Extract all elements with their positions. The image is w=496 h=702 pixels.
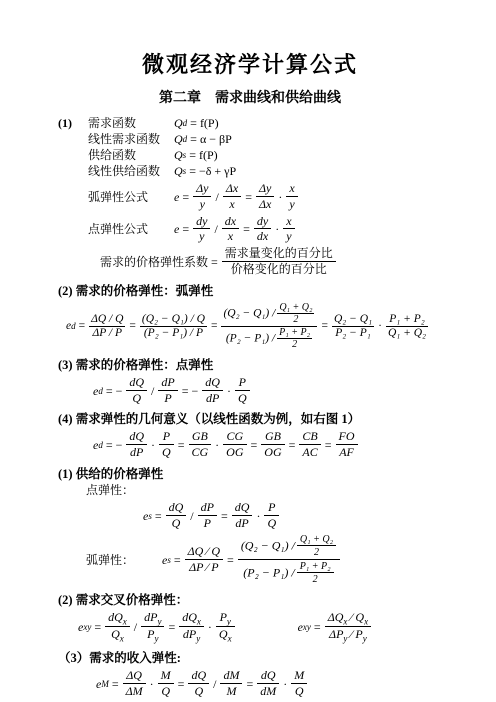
row-supply-point-elasticity-formula: es = dQQ / dPP = dQdP · PQ	[143, 501, 460, 531]
denominator: 价格变化的百分比	[222, 261, 336, 277]
formula: eM = ΔQΔM · MQ = dQQ / dMM = dQdM · MQ	[96, 669, 308, 699]
multiply-dot: ·	[227, 383, 231, 399]
fraction: Δxx	[223, 182, 241, 212]
fraction: ΔQ / QΔP / P	[89, 313, 125, 340]
section-number: (1)	[58, 115, 88, 131]
superscript: s	[183, 163, 187, 179]
fraction: dQdP	[126, 430, 147, 460]
divide-slash: /	[214, 221, 217, 237]
equals-minus: = −	[182, 383, 199, 399]
equals-sign: =	[168, 619, 175, 635]
subscript: y	[157, 616, 161, 626]
fraction: dPP	[158, 376, 177, 406]
equals-sign: =	[211, 254, 218, 270]
fraction: dxx	[222, 215, 239, 245]
equals-sign: =	[174, 552, 181, 568]
equals-sign: =	[79, 318, 86, 334]
numerator: P₁ + P₂	[386, 313, 428, 326]
denominator: ΔM	[123, 683, 146, 699]
equals-sign: =	[227, 552, 234, 568]
denominator: dP	[126, 444, 147, 460]
subscript: y	[154, 634, 158, 644]
fraction: dQQ	[166, 501, 187, 531]
numerator: dQ	[166, 501, 187, 515]
variable: dP	[144, 610, 157, 624]
denominator: M	[220, 683, 242, 699]
formula-rhs: = −δ + γP	[189, 163, 236, 179]
numerator: dQx	[179, 611, 204, 627]
equals-sign: =	[182, 221, 189, 237]
numerator: GB	[261, 430, 284, 444]
row-linear-demand-function: 线性需求函数 Qd= α − βP	[58, 131, 460, 147]
formula-rhs: = f(P)	[190, 115, 218, 131]
fraction: CGOG	[223, 430, 246, 460]
fraction: 需求量变化的百分比价格变化的百分比	[222, 247, 336, 277]
equals-minus: = −	[106, 383, 123, 399]
fraction: PyQx	[216, 611, 235, 644]
subscript: d	[71, 318, 76, 334]
subscript: x	[364, 616, 368, 626]
denominator: (P₂ − P₁) /P₁ + P₂2	[238, 559, 340, 586]
denominator: dP	[232, 515, 253, 531]
numerator: Δy	[256, 182, 274, 196]
multiply-dot: ·	[378, 318, 382, 334]
row-point-elasticity-formula: 点弹性公式 e = dyy / dxx = dydx · xy	[58, 215, 460, 245]
fraction: FOAF	[336, 430, 358, 460]
divide-slash: /	[215, 189, 218, 205]
denominator: dx	[254, 228, 271, 244]
fraction: dQxdPy	[179, 611, 204, 644]
denominator: Q	[166, 515, 187, 531]
denominator: Δx	[256, 196, 274, 212]
variable: dQ	[108, 610, 123, 624]
numerator: (Q₂ − Q₁) /Q₁ + Q₂2	[221, 302, 317, 326]
fraction: ΔQ ⁄ QΔP ⁄ P	[185, 545, 223, 575]
formula: Qs= −δ + γP	[174, 163, 239, 179]
subscript: x	[228, 634, 232, 644]
subscript: xy	[303, 619, 311, 635]
numerator: dy	[254, 215, 271, 229]
formula: exy = dQxQx / dPyPy = dQxdPy · PyQx	[78, 611, 236, 644]
variable-q: Q	[174, 147, 183, 163]
denominator: y	[286, 196, 297, 212]
subscript: d	[98, 383, 103, 399]
equals-sign: =	[314, 619, 321, 635]
point-elasticity-label: 点弹性：	[86, 482, 134, 498]
formula: ed = − dQdP · PQ = GBCG · CGOG = GBOG = …	[93, 430, 359, 460]
fraction: Q₂ − Q₁P₂ − P₁	[332, 313, 374, 340]
numerator: dQ	[232, 501, 253, 515]
variable: ΔP	[329, 627, 343, 641]
superscript: d	[183, 131, 188, 147]
subscript: s	[148, 508, 152, 524]
equals-sign: =	[178, 676, 185, 692]
numerator: M	[291, 669, 307, 683]
row-income-elasticity-formula: eM = ΔQΔM · MQ = dQQ / dMM = dQdM · MQ	[96, 669, 460, 699]
numerator-text: (Q₂ − Q₁) /	[223, 307, 275, 319]
numerator: FO	[336, 430, 358, 444]
nested-fraction: P₁ + P₂2	[297, 561, 334, 586]
fraction: PQ	[264, 501, 279, 531]
row-label: 弧弹性公式	[88, 189, 174, 205]
fraction: dPyPy	[141, 611, 164, 644]
doc-title: 微观经济学计算公式	[40, 48, 460, 79]
denominator: Qx	[216, 626, 235, 644]
fraction: PQ	[159, 430, 174, 460]
row-linear-supply-function: 线性供给函数 Qs= −δ + γP	[58, 163, 460, 179]
denominator: y	[193, 196, 211, 212]
fraction: (Q₂ − Q₁) / Q(P₂ − P₁) / P	[140, 313, 207, 340]
denominator: 2	[277, 338, 312, 351]
section-heading-geometric-meaning: (4) 需求弹性的几何意义（以线性函数为例，如右图 1）	[58, 411, 460, 427]
equals-sign: =	[289, 437, 296, 453]
numerator: Δy	[193, 182, 211, 196]
row-geometric-meaning-formula: ed = − dQdP · PQ = GBCG · CGOG = GBOG = …	[93, 430, 460, 460]
fraction: dQQ	[188, 669, 209, 699]
row-demand-point-elasticity-formula: ed = − dQQ / dPP = − dQdP · PQ	[93, 376, 460, 406]
numerator: x	[286, 182, 297, 196]
fraction: (Q₂ − Q₁) /Q₁ + Q₂2 (P₂ − P₁) /P₁ + P₂2	[238, 534, 340, 586]
fraction: xy	[286, 182, 297, 212]
subscript: M	[101, 676, 109, 692]
section-heading-demand-arc-elasticity: (2) 需求的价格弹性：弧弹性	[58, 283, 460, 299]
denominator: Q	[159, 444, 174, 460]
equals-sign: =	[321, 318, 328, 334]
denominator: (P₂ − P₁) / P	[140, 326, 207, 340]
denominator: dPy	[179, 626, 204, 644]
equals-sign: =	[251, 437, 258, 453]
row-label: 线性需求函数	[88, 131, 174, 147]
variable: Q	[219, 627, 228, 641]
denominator: y	[283, 228, 294, 244]
subscript: s	[167, 552, 171, 568]
numerator: dQ	[188, 669, 209, 683]
fraction: dQdP	[202, 376, 223, 406]
row-point-elasticity-label: 点弹性：	[86, 482, 460, 498]
formula: es = dQQ / dPP = dQdP · PQ	[143, 501, 280, 531]
formula: es = ΔQ ⁄ QΔP ⁄ P = (Q₂ − Q₁) /Q₁ + Q₂2 …	[162, 534, 341, 586]
divide-slash: /	[190, 508, 193, 524]
equals-sign: =	[325, 437, 332, 453]
denominator: ΔPy ⁄ Py	[325, 626, 371, 644]
formula: e = Δyy / Δxx = ΔyΔx · xy	[174, 182, 299, 212]
numerator: dP	[158, 376, 177, 390]
equals-sign: =	[129, 318, 136, 334]
fraction: dQxQx	[105, 611, 130, 644]
variable-q: Q	[174, 131, 183, 147]
fraction: dPP	[198, 501, 217, 531]
numerator: 需求量变化的百分比	[222, 247, 336, 261]
fraction: dQdM	[257, 669, 279, 699]
fraction: xy	[283, 215, 294, 245]
row-label: 线性供给函数	[88, 163, 174, 179]
denominator: dP	[202, 390, 223, 406]
numerator: M	[158, 669, 174, 683]
superscript: d	[183, 115, 188, 131]
fraction: Δyy	[193, 182, 211, 212]
numerator: Q₁ + Q₂	[277, 302, 314, 314]
subscript: xy	[83, 619, 91, 635]
numerator: ΔQx ⁄ Qx	[325, 611, 371, 627]
arc-elasticity-label: 弧弹性：	[86, 552, 134, 568]
fraction: dydx	[254, 215, 271, 245]
variable: ⁄ Q	[347, 610, 364, 624]
numerator: ΔQ	[123, 669, 146, 683]
equals-sign: =	[246, 676, 253, 692]
numerator: ΔQ ⁄ Q	[185, 545, 223, 559]
equals-sign: =	[112, 676, 119, 692]
numerator: dx	[222, 215, 239, 229]
equals-sign: =	[243, 221, 250, 237]
section-heading-supply-elasticity: (1) 供给的价格弹性	[58, 466, 460, 482]
denominator: 2	[297, 545, 336, 559]
numerator: P	[264, 501, 279, 515]
numerator: ΔQ / Q	[89, 313, 125, 326]
denominator: P	[198, 515, 217, 531]
divide-slash: /	[151, 383, 154, 399]
fraction: dyy	[193, 215, 210, 245]
numerator: GB	[189, 430, 212, 444]
multiply-dot: ·	[208, 619, 212, 635]
formula: ed = ΔQ / QΔP / P = (Q₂ − Q₁) / Q(P₂ − P…	[66, 302, 429, 351]
subscript: y	[196, 634, 200, 644]
fraction: GBOG	[261, 430, 284, 460]
numerator: dM	[220, 669, 242, 683]
subscript: y	[227, 616, 231, 626]
numerator: (Q₂ − Q₁) /Q₁ + Q₂2	[238, 534, 340, 559]
denominator: Qx	[105, 626, 130, 644]
fraction: CBAC	[299, 430, 320, 460]
denominator: (P₂ − P₁) /P₁ + P₂2	[221, 326, 317, 351]
document-page: 微观经济学计算公式 第二章 需求曲线和供给曲线 (1) 需求函数 Qd= f(P…	[0, 0, 496, 702]
numerator-text: (Q₂ − Q₁) /	[241, 538, 295, 552]
numerator: dQ	[202, 376, 223, 390]
row-demand-function: (1) 需求函数 Qd= f(P)	[58, 115, 460, 131]
row-arc-elasticity-formula: 弧弹性公式 e = Δyy / Δxx = ΔyΔx · xy	[58, 182, 460, 212]
formula: 需求的价格弹性系数 = 需求量变化的百分比价格变化的百分比	[100, 247, 337, 277]
numerator: CG	[223, 430, 246, 444]
denominator: Q	[291, 683, 307, 699]
numerator: P₁ + P₂	[277, 327, 312, 339]
denominator: 2	[297, 572, 334, 586]
fraction: (Q₂ − Q₁) /Q₁ + Q₂2 (P₂ − P₁) /P₁ + P₂2	[221, 302, 317, 351]
numerator: dQ	[126, 430, 147, 444]
variable: dP	[183, 627, 196, 641]
variable-q: Q	[174, 115, 183, 131]
fraction: MQ	[158, 669, 174, 699]
numerator: dQx	[105, 611, 130, 627]
row-label: 需求函数	[88, 115, 174, 131]
subscript: x	[120, 634, 124, 644]
variable-q: Q	[174, 163, 183, 179]
denominator: 2	[277, 313, 314, 326]
superscript: s	[183, 147, 187, 163]
multiply-dot: ·	[283, 676, 287, 692]
denominator: AF	[336, 444, 358, 460]
multiply-dot: ·	[278, 189, 282, 205]
denominator: OG	[261, 444, 284, 460]
denominator: Q	[158, 683, 174, 699]
numerator: dP	[198, 501, 217, 515]
denominator: OG	[223, 444, 246, 460]
denominator-text: (P₂ − P₁) /	[226, 332, 275, 344]
row-label: 供给函数	[88, 147, 174, 163]
subscript: x	[123, 616, 127, 626]
variable-e: e	[174, 221, 179, 237]
nested-fraction: Q₁ + Q₂2	[277, 302, 314, 326]
row-demand-arc-elasticity-formula: ed = ΔQ / QΔP / P = (Q₂ − Q₁) / Q(P₂ − P…	[66, 302, 460, 351]
section-heading-demand-point-elasticity: (3) 需求的价格弹性：点弹性	[58, 357, 460, 373]
denominator: Q	[264, 515, 279, 531]
nested-fraction: Q₁ + Q₂2	[297, 534, 336, 559]
equals-sign: =	[245, 189, 252, 205]
numerator: P₁ + P₂	[297, 561, 334, 573]
denominator: CG	[189, 444, 212, 460]
fraction: ΔyΔx	[256, 182, 274, 212]
row-label: 点弹性公式	[88, 221, 174, 237]
fraction: ΔQΔM	[123, 669, 146, 699]
denominator-text: (P₂ − P₁) /	[243, 565, 294, 579]
formula: Qd= α − βP	[174, 131, 235, 147]
denominator: AC	[299, 444, 320, 460]
equals-sign: =	[178, 437, 185, 453]
denominator: dM	[257, 683, 279, 699]
numerator: x	[283, 215, 294, 229]
formula: Qd= f(P)	[174, 115, 222, 131]
section-heading-income-elasticity: （3）需求的收入弹性:	[58, 650, 460, 666]
fraction: dQQ	[126, 376, 147, 406]
formula-arc-variant: exy = ΔQx ⁄ Qx ΔPy ⁄ Py	[298, 611, 373, 644]
denominator: ΔP / P	[89, 326, 125, 340]
row-cross-elasticity-formulas: exy = dQxQx / dPyPy = dQxdPy · PyQx exy …	[58, 611, 460, 644]
equals-sign: =	[155, 508, 162, 524]
equals-sign: =	[211, 318, 218, 334]
coefficient-label: 需求的价格弹性系数	[100, 254, 208, 270]
numerator: dQ	[126, 376, 147, 390]
fraction: ΔQx ⁄ Qx ΔPy ⁄ Py	[325, 611, 371, 644]
section-heading-cross-elasticity: (2) 需求交叉价格弹性：	[58, 592, 460, 608]
numerator: Δx	[223, 182, 241, 196]
chapter-heading: 第二章 需求曲线和供给曲线	[40, 87, 460, 107]
subscript: x	[197, 616, 201, 626]
numerator: P	[159, 430, 174, 444]
variable: Q	[111, 627, 120, 641]
row-supply-arc-elasticity-formula: 弧弹性： es = ΔQ ⁄ QΔP ⁄ P = (Q₂ − Q₁) /Q₁ +…	[86, 534, 460, 586]
denominator: y	[193, 228, 210, 244]
fraction: GBCG	[189, 430, 212, 460]
denominator: P	[158, 390, 177, 406]
equals-sign: =	[94, 619, 101, 635]
multiply-dot: ·	[215, 437, 219, 453]
denominator: Py	[141, 626, 164, 644]
multiply-dot: ·	[256, 508, 260, 524]
fraction: P₁ + P₂Q₁ + Q₂	[386, 313, 428, 340]
variable-e: e	[174, 189, 179, 205]
variable: ⁄ P	[347, 627, 362, 641]
fraction: dQdP	[232, 501, 253, 531]
denominator: Q	[126, 390, 147, 406]
subscript: y	[363, 634, 367, 644]
multiply-dot: ·	[150, 676, 154, 692]
numerator: CB	[299, 430, 320, 444]
numerator: dPy	[141, 611, 164, 627]
row-supply-function: 供给函数 Qs= f(P)	[58, 147, 460, 163]
formula: e = dyy / dxx = dydx · xy	[174, 215, 296, 245]
denominator: x	[223, 196, 241, 212]
denominator: x	[222, 228, 239, 244]
fraction: PQ	[235, 376, 250, 406]
equals-minus: = −	[106, 437, 123, 453]
multiply-dot: ·	[275, 221, 279, 237]
denominator: ΔP ⁄ P	[185, 559, 223, 575]
formula-rhs: = α − βP	[190, 131, 232, 147]
denominator: Q	[188, 683, 209, 699]
denominator: Q₁ + Q₂	[386, 326, 428, 340]
equals-sign: =	[221, 508, 228, 524]
equals-sign: =	[182, 189, 189, 205]
fraction: dMM	[220, 669, 242, 699]
numerator: Q₁ + Q₂	[297, 534, 336, 546]
denominator: P₂ − P₁	[332, 326, 374, 340]
divide-slash: /	[134, 619, 137, 635]
divide-slash: /	[213, 676, 216, 692]
formula: ed = − dQQ / dPP = − dQdP · PQ	[93, 376, 251, 406]
multiply-dot: ·	[151, 437, 155, 453]
numerator: P	[235, 376, 250, 390]
numerator: Q₂ − Q₁	[332, 313, 374, 326]
variable: ΔQ	[328, 610, 344, 624]
numerator: Py	[216, 611, 235, 627]
numerator: (Q₂ − Q₁) / Q	[140, 313, 207, 326]
formula: Qs= f(P)	[174, 147, 221, 163]
variable: P	[220, 610, 227, 624]
numerator: dQ	[257, 669, 279, 683]
formula-rhs: = f(P)	[189, 147, 217, 163]
denominator: Q	[235, 390, 250, 406]
subscript: d	[98, 437, 103, 453]
row-price-elasticity-coefficient: 需求的价格弹性系数 = 需求量变化的百分比价格变化的百分比	[100, 247, 460, 277]
fraction: MQ	[291, 669, 307, 699]
numerator: dy	[193, 215, 210, 229]
variable: dQ	[182, 610, 197, 624]
nested-fraction: P₁ + P₂2	[277, 327, 312, 351]
